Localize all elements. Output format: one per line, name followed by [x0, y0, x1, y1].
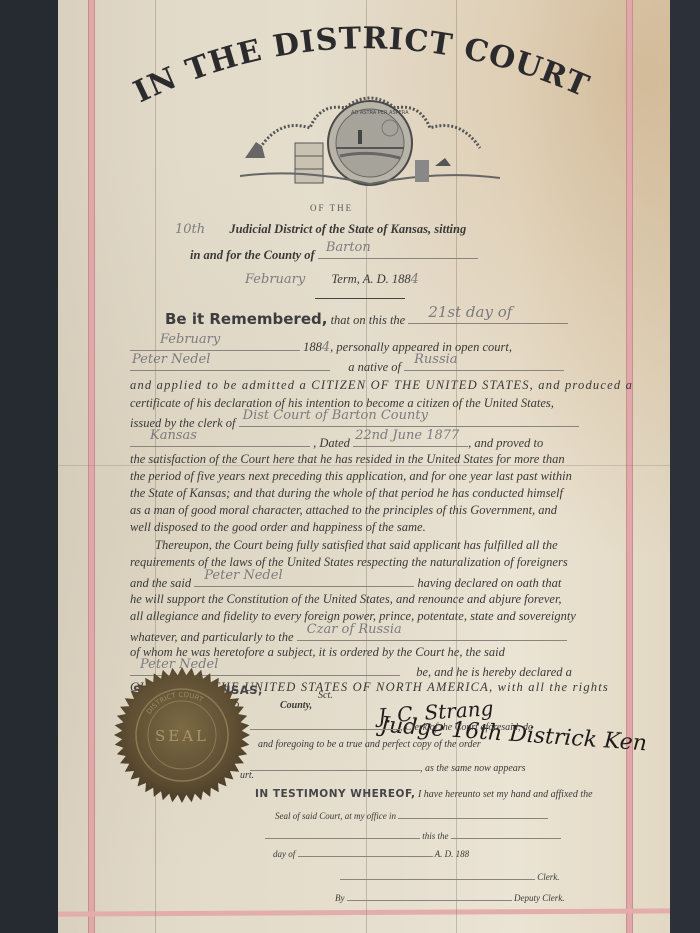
deputy-text: Deputy Clerk.: [514, 893, 564, 903]
seal-office-text: Seal of said Court, at my office in: [275, 811, 396, 821]
kansas-seal-vignette: AD ASTRA PER ASPERA: [240, 88, 500, 198]
particularly-value: Czar of Russia: [307, 622, 402, 637]
bottom-margin-rule: [58, 908, 670, 916]
district-line: 10th Judicial District of the State of K…: [175, 222, 466, 237]
year-suffix: 4: [322, 340, 330, 355]
appears-field: [250, 758, 420, 771]
ad-text: A. D. 188: [435, 849, 470, 859]
office-field: [398, 806, 548, 819]
body-line-7: well disposed to the good order and happ…: [130, 520, 426, 535]
county-line: in and for the County of Barton: [190, 246, 478, 263]
of-the-label: OF THE: [310, 203, 353, 213]
clerk-line: , Clerk of the Court aforesaid, do: [250, 717, 533, 733]
particularly-line: whatever, and particularly to the Czar o…: [130, 628, 567, 645]
day-of-line: day of A. D. 188: [273, 844, 469, 859]
testimony-text: I have hereunto set my hand and affixed …: [418, 789, 593, 800]
term-line: February Term, A. D. 1884: [245, 272, 419, 287]
native-field: Russia: [404, 358, 564, 371]
remembered-line: Be it Remembered, that on this the 21st …: [165, 310, 568, 328]
this-the-text: this the: [422, 831, 448, 841]
by-text: By: [335, 893, 345, 903]
proved-text: , and proved to: [468, 436, 543, 450]
issued-value: Dist Court of Barton County: [243, 408, 428, 423]
be-it-remembered: Be it Remembered,: [165, 310, 327, 328]
applicant-field: Peter Nedel: [130, 358, 330, 371]
declared-citizen-text: be, and he is hereby declared a: [416, 665, 572, 679]
dated-line: Kansas , Dated 22nd June 1877, and prove…: [130, 434, 543, 451]
appears-line: , as the same now appears: [250, 758, 526, 774]
body-line-3: the satisfaction of the Court here that …: [130, 452, 565, 467]
dated-value: 22nd June 1877: [355, 428, 459, 443]
term-label: Term, A. D. 188: [331, 272, 410, 286]
testimony-line: IN TESTIMONY WHEREOF, I have hereunto se…: [255, 788, 593, 800]
body-line-4: the period of five years next preceding …: [130, 469, 572, 484]
this-the-field: [451, 826, 561, 839]
seal-label: SEAL: [155, 727, 209, 745]
day-of-field: [298, 844, 433, 857]
this-the-line: this the: [265, 826, 561, 841]
body-line-9: requirements of the laws of the United S…: [130, 555, 568, 570]
term-year-suffix: 4: [411, 272, 419, 287]
issued-field: Dist Court of Barton County: [239, 414, 579, 427]
body-line-6: as a man of good moral character, attach…: [130, 503, 557, 518]
day-value: 21st day of: [428, 303, 512, 321]
issued-state-field: Kansas: [130, 434, 310, 447]
cert-county-label: County,: [280, 700, 312, 711]
said-field: Peter Nedel: [194, 574, 414, 587]
deputy-line: By Deputy Clerk.: [335, 888, 564, 903]
native-value: Russia: [414, 352, 457, 367]
applicant-line: Peter Nedel a native of Russia: [130, 358, 564, 375]
year-prefix: 188: [303, 340, 322, 354]
county-value: Barton: [326, 240, 371, 255]
this-the-blank: [265, 826, 420, 839]
background-right: [670, 0, 700, 933]
deputy-field: [347, 888, 512, 901]
month-field: February: [130, 338, 300, 351]
said-value: Peter Nedel: [204, 568, 282, 583]
clerk-signature-line: Clerk.: [340, 867, 560, 882]
clerk-line-text: , Clerk of the Court aforesaid, do: [400, 722, 533, 733]
term-value: February: [245, 272, 305, 287]
month-value: February: [160, 332, 220, 347]
ornament-divider: [315, 298, 405, 299]
body-line-5: the State of Kansas; and that during the…: [130, 486, 563, 501]
county-field: Barton: [318, 246, 478, 259]
testimony-label: IN TESTIMONY WHEREOF,: [255, 788, 415, 800]
body-line-8: Thereupon, the Court being fully satisfi…: [155, 538, 558, 553]
county-label: in and for the County of: [190, 248, 315, 262]
body-line-1: and applied to be admitted a CITIZEN OF …: [130, 378, 633, 393]
district-number: 10th: [175, 222, 205, 237]
foregoing-line: and foregoing to be a true and perfect c…: [258, 739, 481, 750]
applicant-name: Peter Nedel: [132, 352, 210, 367]
declared-text: having declared on oath that: [417, 576, 561, 590]
appears-text: , as the same now appears: [420, 763, 526, 774]
clerk-text: Clerk.: [537, 872, 559, 882]
day-field: 21st day of: [408, 311, 568, 324]
clerk-signature-field: [340, 867, 535, 880]
said-line: and the said Peter Nedel having declared…: [130, 574, 561, 591]
clerk-name-field: [250, 717, 400, 730]
day-intro: that on this the: [331, 313, 406, 327]
dated-field: 22nd June 1877: [353, 434, 468, 447]
particularly-field: Czar of Russia: [297, 628, 567, 641]
right-margin-rule: [626, 0, 633, 933]
district-label: Judicial District of the State of Kansas…: [229, 222, 466, 236]
background-left: [0, 0, 58, 933]
svg-text:AD ASTRA PER ASPERA: AD ASTRA PER ASPERA: [351, 110, 409, 116]
sct-label: Sct.: [318, 690, 333, 701]
dated-label: , Dated: [313, 436, 350, 450]
body-line-10: he will support the Constitution of the …: [130, 592, 562, 607]
left-margin-rule: [88, 0, 95, 933]
county-sct: County,: [280, 700, 312, 711]
native-label: a native of: [348, 360, 401, 374]
said-label: and the said: [130, 576, 191, 590]
day-of-text: day of: [273, 849, 295, 859]
seal-office-line: Seal of said Court, at my office in: [275, 806, 548, 821]
court-seal-icon: SEAL DISTRICT COURT: [112, 665, 252, 805]
issued-state: Kansas: [150, 428, 197, 443]
particularly-label: whatever, and particularly to the: [130, 630, 294, 644]
